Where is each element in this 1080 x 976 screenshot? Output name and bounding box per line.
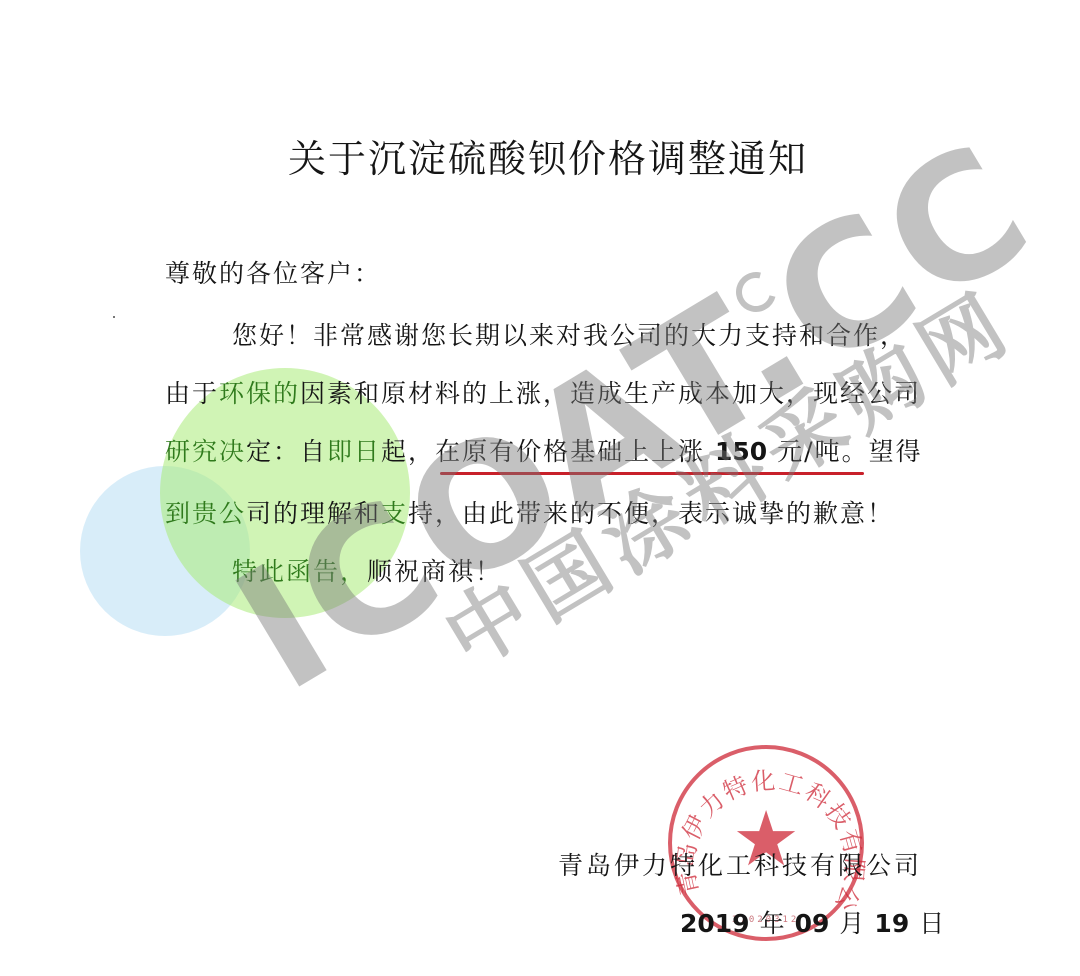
signing-company: 青岛伊力特化工科技有限公司 [558,846,922,882]
body-text-green: 到贵公 [165,499,246,528]
date-month-label: 月 [839,909,864,938]
date-year: 2019 [680,909,750,938]
date-day: 19 [874,909,909,938]
date-day-label: 日 [919,909,944,938]
date-year-label: 年 [760,909,785,938]
document-title: 关于沉淀硫酸钡价格调整通知 [288,128,808,183]
date-month: 09 [795,909,830,938]
scan-speck [113,316,115,318]
salutation: 尊敬的各位客户： [165,254,381,290]
body-text: 定：自 [246,437,327,466]
document-page: 关于沉淀硫酸钡价格调整通知 尊敬的各位客户： 您好！非常感谢您长期以来对我公司的… [0,0,1080,976]
signing-date: 2019年09月19日 [680,904,954,940]
body-text: 由于 [165,379,219,408]
body-text-green: 研究决 [165,437,246,466]
body-text-green: 环保的 [219,379,300,408]
